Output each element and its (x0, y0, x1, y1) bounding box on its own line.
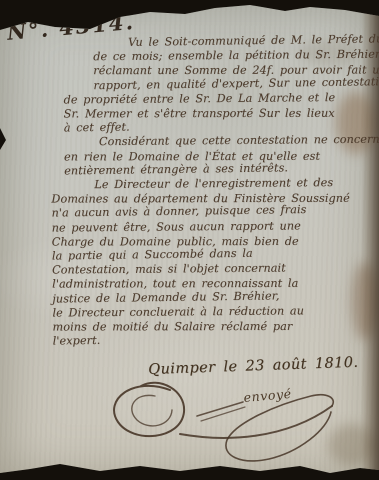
manuscript-line: Le Directeur de l'enregistrement et des (94, 176, 379, 193)
page-background: { "document": { "doc_number": "N°. 4314.… (0, 0, 379, 480)
manuscript-line: Considérant que cette contestation ne co… (99, 133, 379, 150)
manuscript-line: Contestation, mais si l'objet concernait (52, 261, 379, 278)
manuscript-body: Vu le Soit-communiqué de M. le Préfet du… (0, 34, 379, 350)
manuscript-line: ne peuvent être, Sous aucun rapport une (52, 218, 379, 235)
paper-sheet: N°. 4314. Vu le Soit-communiqué de M. le… (0, 0, 379, 480)
manuscript-line: l'expert. (53, 330, 379, 349)
manuscript-line: de ce mois; ensemble la pétition du Sr. … (93, 48, 379, 65)
manuscript-line: le Directeur concluerait à la réduction … (52, 304, 379, 321)
